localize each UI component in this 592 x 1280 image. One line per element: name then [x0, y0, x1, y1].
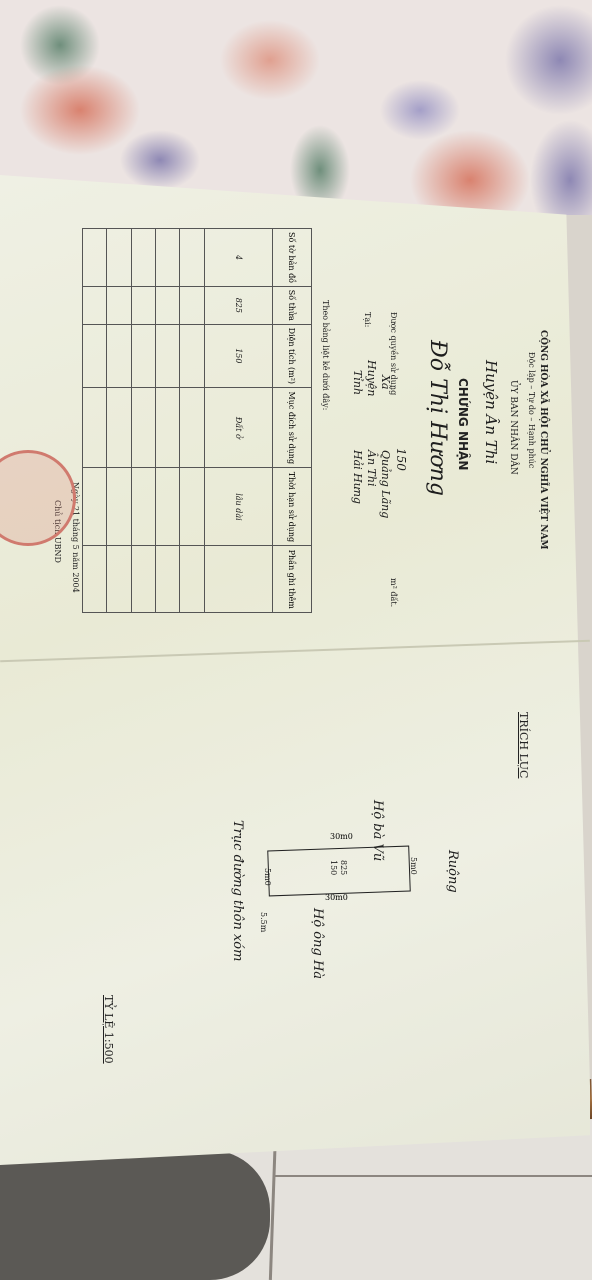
slipper	[0, 1150, 270, 1280]
col-notes: Phần ghi thêm	[273, 546, 312, 613]
location-label: Tại:	[363, 312, 372, 327]
cell-purpose: Đất ở	[204, 388, 272, 468]
col-purpose: Mục đích sử dụng	[273, 388, 312, 468]
table-row	[156, 229, 180, 613]
top-length: 30m0	[330, 832, 353, 841]
district-prefix: Huyện	[365, 360, 378, 397]
parcel-table: Số tờ bản đồ Số thửa Diện tích (m²) Mục …	[82, 228, 312, 613]
holder-name: Đỗ Thị Hương	[425, 340, 450, 496]
national-header: CỘNG HÒA XÃ HỘI CHỦ NGHĨA VIỆT NAM	[538, 330, 548, 549]
issuer-district: Huyện Ân Thi	[482, 360, 500, 464]
province-name: Hải Hưng	[351, 450, 364, 504]
province-prefix: Tỉnh	[351, 370, 364, 395]
table-row: 4 825 150 Đất ở lâu dài	[204, 229, 272, 613]
table-row	[180, 229, 204, 613]
col-map-sheet: Số tờ bản đồ	[273, 229, 312, 287]
extract-title: TRÍCH LỤC	[517, 712, 530, 778]
road-width: 5.5m	[259, 912, 268, 932]
cell-duration: lâu dài	[204, 468, 272, 546]
west-road: Trục đường thôn xóm	[230, 820, 245, 961]
left-width: 5m0	[263, 868, 272, 886]
south-neighbor: Hộ ông Hà	[310, 908, 325, 979]
parcel-number: 825	[339, 860, 348, 875]
scale-label: TỶ LỆ 1:500	[102, 995, 115, 1064]
cell-parcel-no: 825	[204, 287, 272, 325]
cell-notes	[204, 546, 272, 613]
district-name: Ân Thi	[365, 450, 378, 486]
certificate-title: CHỨNG NHẬN	[456, 378, 470, 470]
table-intro: Theo bảng liệt kê dưới đây:	[321, 300, 330, 410]
motto: Độc lập – Tự do – Hạnh phúc	[527, 352, 536, 468]
commune-name: Quảng Lãng	[379, 450, 392, 518]
tile-grout	[275, 1175, 592, 1177]
col-parcel-no: Số thửa	[273, 287, 312, 325]
bottom-length: 30m0	[325, 893, 348, 902]
col-area: Diện tích (m²)	[273, 324, 312, 388]
table-row	[83, 229, 107, 613]
table-row	[131, 229, 155, 613]
right-width: 5m0	[409, 857, 418, 875]
cell-map-sheet: 4	[204, 229, 272, 287]
table-row	[107, 229, 131, 613]
cell-area: 150	[204, 324, 272, 388]
parcel-area: 150	[329, 860, 338, 875]
issuer: ỦY BAN NHÂN DÂN	[508, 380, 518, 475]
area-value: 150	[394, 448, 408, 471]
area-unit: m² đất.	[389, 578, 398, 607]
col-duration: Thời hạn sử dụng	[273, 468, 312, 546]
commune-prefix: Xã	[379, 375, 392, 389]
east-label: Ruộng	[445, 850, 460, 893]
